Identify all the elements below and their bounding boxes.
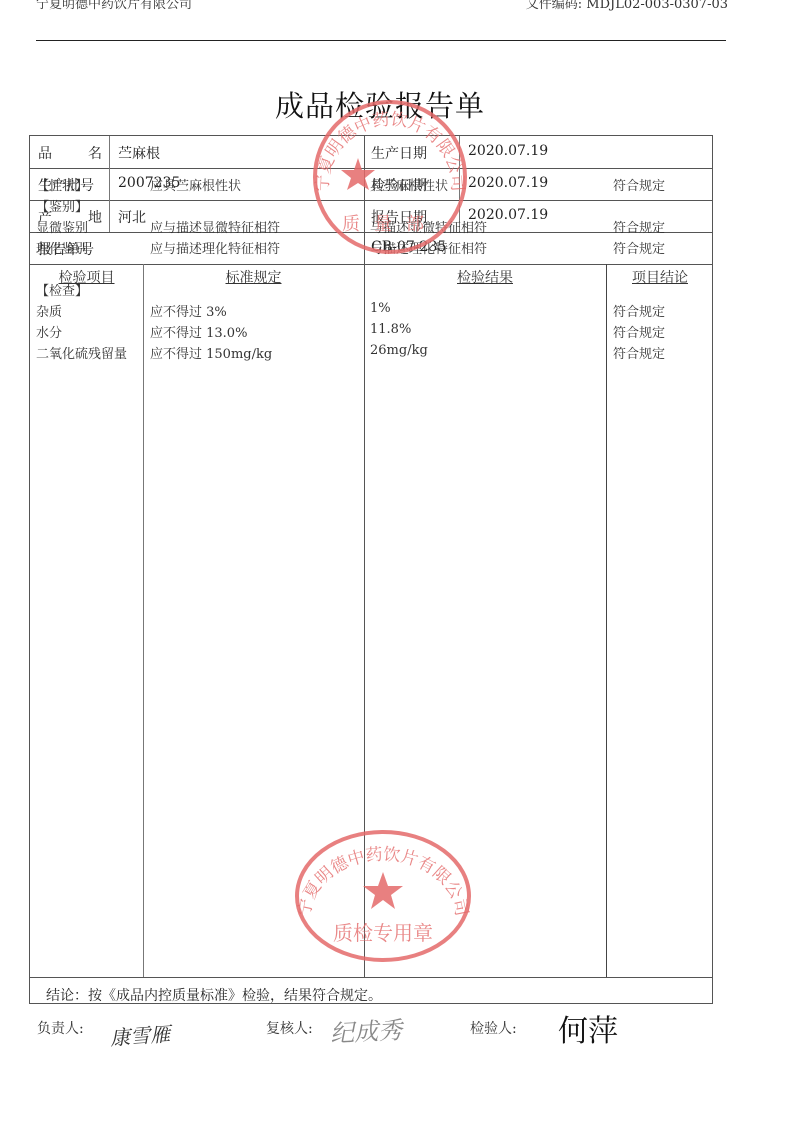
report-table: 品名 苎麻根 生产日期 2020.07.19 生产批号 2007235 检验日期…: [29, 135, 713, 1004]
reviewer-signature: 纪成秀: [329, 1010, 403, 1049]
row-standard: 应具苎麻根性状: [150, 175, 241, 194]
row-item: 【性状】: [36, 175, 88, 194]
col-header-conclusion: 项目结论: [606, 267, 714, 287]
row-item: 二氧化硫残留量: [36, 343, 127, 362]
row-result: 与描述理化特征相符: [370, 238, 487, 257]
document-code: 文件编码: MDJL02-003-0307-03: [526, 0, 728, 12]
col-header-standard: 标准规定: [143, 267, 364, 287]
row-standard: 应不得过 150mg/kg: [150, 343, 272, 362]
row-item: 显微鉴别: [36, 217, 88, 236]
product-name-label: 品名: [38, 143, 102, 163]
inspector-label: 检验人:: [470, 1018, 517, 1038]
row-result: 26mg/kg: [370, 343, 428, 358]
responsible-label: 负责人:: [37, 1018, 84, 1038]
row-result: 具苎麻根性状: [370, 175, 448, 194]
final-conclusion: 结论：按《成品内控质量标准》检验，结果符合规定。: [46, 985, 382, 1005]
row-conclusion: 符合规定: [613, 175, 665, 194]
col-divider: [606, 264, 607, 977]
col-divider: [109, 136, 110, 232]
row-standard: 应与描述理化特征相符: [150, 238, 280, 257]
row-item: 理化鉴别: [36, 238, 88, 257]
production-date: 2020.07.19: [468, 143, 548, 159]
col-header-result: 检验结果: [364, 267, 606, 287]
row-conclusion: 符合规定: [613, 322, 665, 341]
row-divider: [30, 977, 712, 978]
company-header: 宁夏明德中药饮片有限公司: [36, 0, 192, 12]
page-title: 成品检验报告单: [0, 84, 760, 125]
origin: 河北: [118, 207, 146, 227]
row-standard: 应与描述显微特征相符: [150, 217, 280, 236]
row-item: 【鉴别】: [36, 196, 88, 215]
row-standard: 应不得过 3%: [150, 301, 227, 320]
responsible-signature: 康雪雁: [109, 1018, 171, 1051]
product-name: 苎麻根: [118, 143, 160, 163]
row-item: 杂质: [36, 301, 62, 320]
row-conclusion: 符合规定: [613, 217, 665, 236]
production-date-label: 生产日期: [371, 143, 427, 163]
reviewer-label: 复核人:: [266, 1018, 313, 1038]
row-standard: 应不得过 13.0%: [150, 322, 247, 341]
row-item: 【检查】: [36, 280, 88, 299]
row-item: 水分: [36, 322, 62, 341]
inspector-signature: 何萍: [558, 1006, 618, 1050]
row-divider: [30, 200, 712, 201]
row-result: 11.8%: [370, 322, 411, 337]
header-rule: [36, 40, 726, 41]
row-conclusion: 符合规定: [613, 343, 665, 362]
col-divider: [143, 264, 144, 977]
row-divider: [30, 264, 712, 265]
row-result: 与描述显微特征相符: [370, 217, 487, 236]
col-divider: [364, 136, 365, 977]
test-date: 2020.07.19: [468, 175, 548, 191]
row-divider: [30, 168, 712, 169]
row-conclusion: 符合规定: [613, 301, 665, 320]
row-conclusion: 符合规定: [613, 238, 665, 257]
row-result: 1%: [370, 301, 391, 316]
